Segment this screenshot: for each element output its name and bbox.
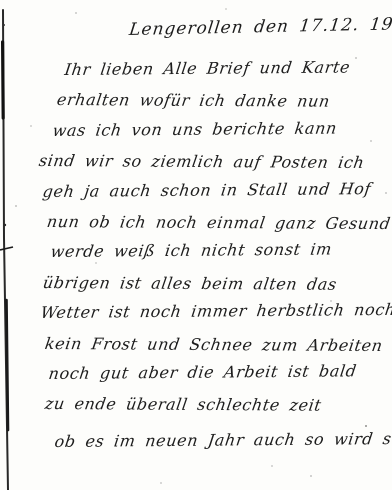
letter-body: Ihr lieben Alle Brief und Karte erhalten… <box>0 60 392 462</box>
letter-line: ob es im neuen Jahr auch so wird sein <box>52 429 392 462</box>
scanned-letter-page: Lengerollen den 17.12. 1929 Ihr lieben A… <box>0 0 392 490</box>
letter-line: geh ja auch schon in Stall und Hof <box>40 178 392 211</box>
letter-line: noch gut aber die Arbeit ist bald <box>46 361 392 394</box>
letter-line: Wetter ist noch immer herbstlich noch <box>38 300 392 333</box>
letter-line: was ich von uns berichte kann <box>50 118 392 151</box>
letter-line: Ihr lieben Alle Brief und Karte <box>62 57 392 90</box>
scan-noise-specks <box>0 0 2 2</box>
letter-line: zu ende überall schlechte zeit <box>42 394 392 427</box>
letter-line: werde weiß ich nicht sonst im <box>48 239 392 272</box>
